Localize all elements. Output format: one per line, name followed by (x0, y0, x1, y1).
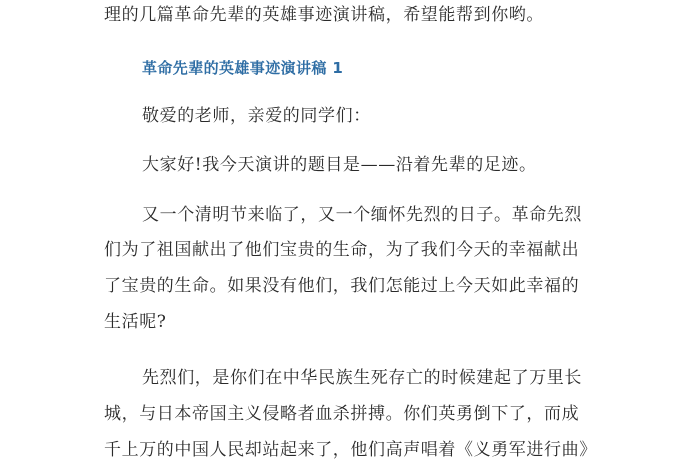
intro-tail-text: 理的几篇革命先辈的英雄事迹演讲稿，希望能帮到你哟。 (104, 5, 544, 25)
greeting-text: 敬爱的老师，亲爱的同学们： (142, 106, 371, 126)
paragraph-line: 们为了祖国献出了他们宝贵的生命，为了我们今天的幸福献出 (104, 240, 579, 260)
paragraph-line: 又一个清明节来临了，又一个缅怀先烈的日子。革命先烈 (142, 205, 582, 225)
document-page: 理的几篇革命先辈的英雄事迹演讲稿，希望能帮到你哟。 革命先辈的英雄事迹演讲稿 1… (0, 0, 700, 470)
paragraph-line: 了宝贵的生命。如果没有他们，我们怎能过上今天如此幸福的 (104, 276, 579, 296)
opening-text: 大家好!我今天演讲的题目是——沿着先辈的足迹。 (142, 155, 537, 175)
paragraph-line: 千上万的中国人民却站起来了，他们高声唱着《义勇军进行曲》 (104, 440, 597, 460)
section-heading: 革命先辈的英雄事迹演讲稿 1 (142, 58, 343, 78)
paragraph-line: 城，与日本帝国主义侵略者血杀拼搏。你们英勇倒下了，而成 (104, 404, 579, 424)
paragraph-line: 生活呢? (104, 312, 167, 332)
paragraph-line: 先烈们，是你们在中华民族生死存亡的时候建起了万里长 (142, 368, 582, 388)
